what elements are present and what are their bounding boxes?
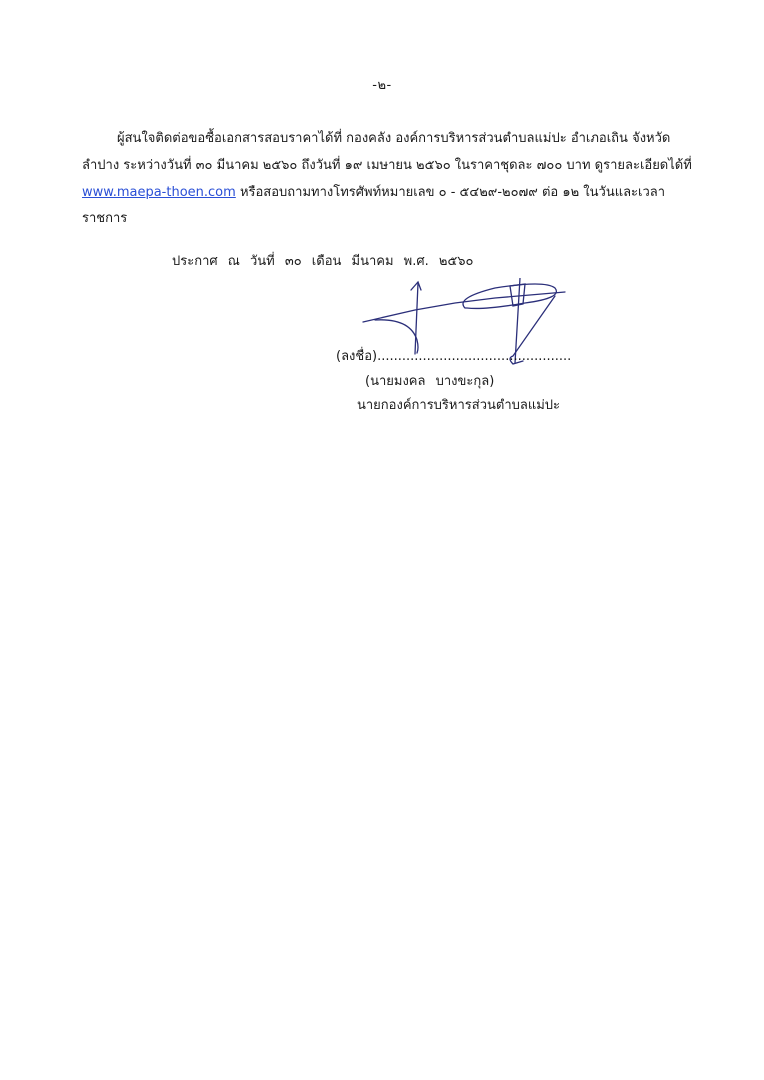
signature-line: (ลงชื่อ)................................… [336,345,571,366]
contact-phone-text: หรือสอบถามทางโทรศัพท์หมายเลข ๐ - ๕๔๒๙-๒๐… [236,185,665,200]
page-number: -๒- [0,74,764,95]
signer-position: นายกองค์การบริหารส่วนตำบลแม่ปะ [357,394,560,415]
paragraph-line-1: ผู้สนใจติดต่อขอซื้อเอกสารสอบราคาได้ที่ ก… [117,130,670,148]
paragraph-line-2: ลำปาง ระหว่างวันที่ ๓๐ มีนาคม ๒๕๖๐ ถึงวั… [82,157,692,175]
paragraph-line-4: ราชการ [82,210,127,228]
paragraph-line-3: www.maepa-thoen.com หรือสอบถามทางโทรศัพท… [82,184,665,202]
announcement-date: ประกาศ ณ วันที่ ๓๐ เดือน มีนาคม พ.ศ. ๒๕๖… [172,250,474,271]
signer-name: (นายมงคล บางขะกุล) [365,370,494,391]
website-link[interactable]: www.maepa-thoen.com [82,185,236,200]
